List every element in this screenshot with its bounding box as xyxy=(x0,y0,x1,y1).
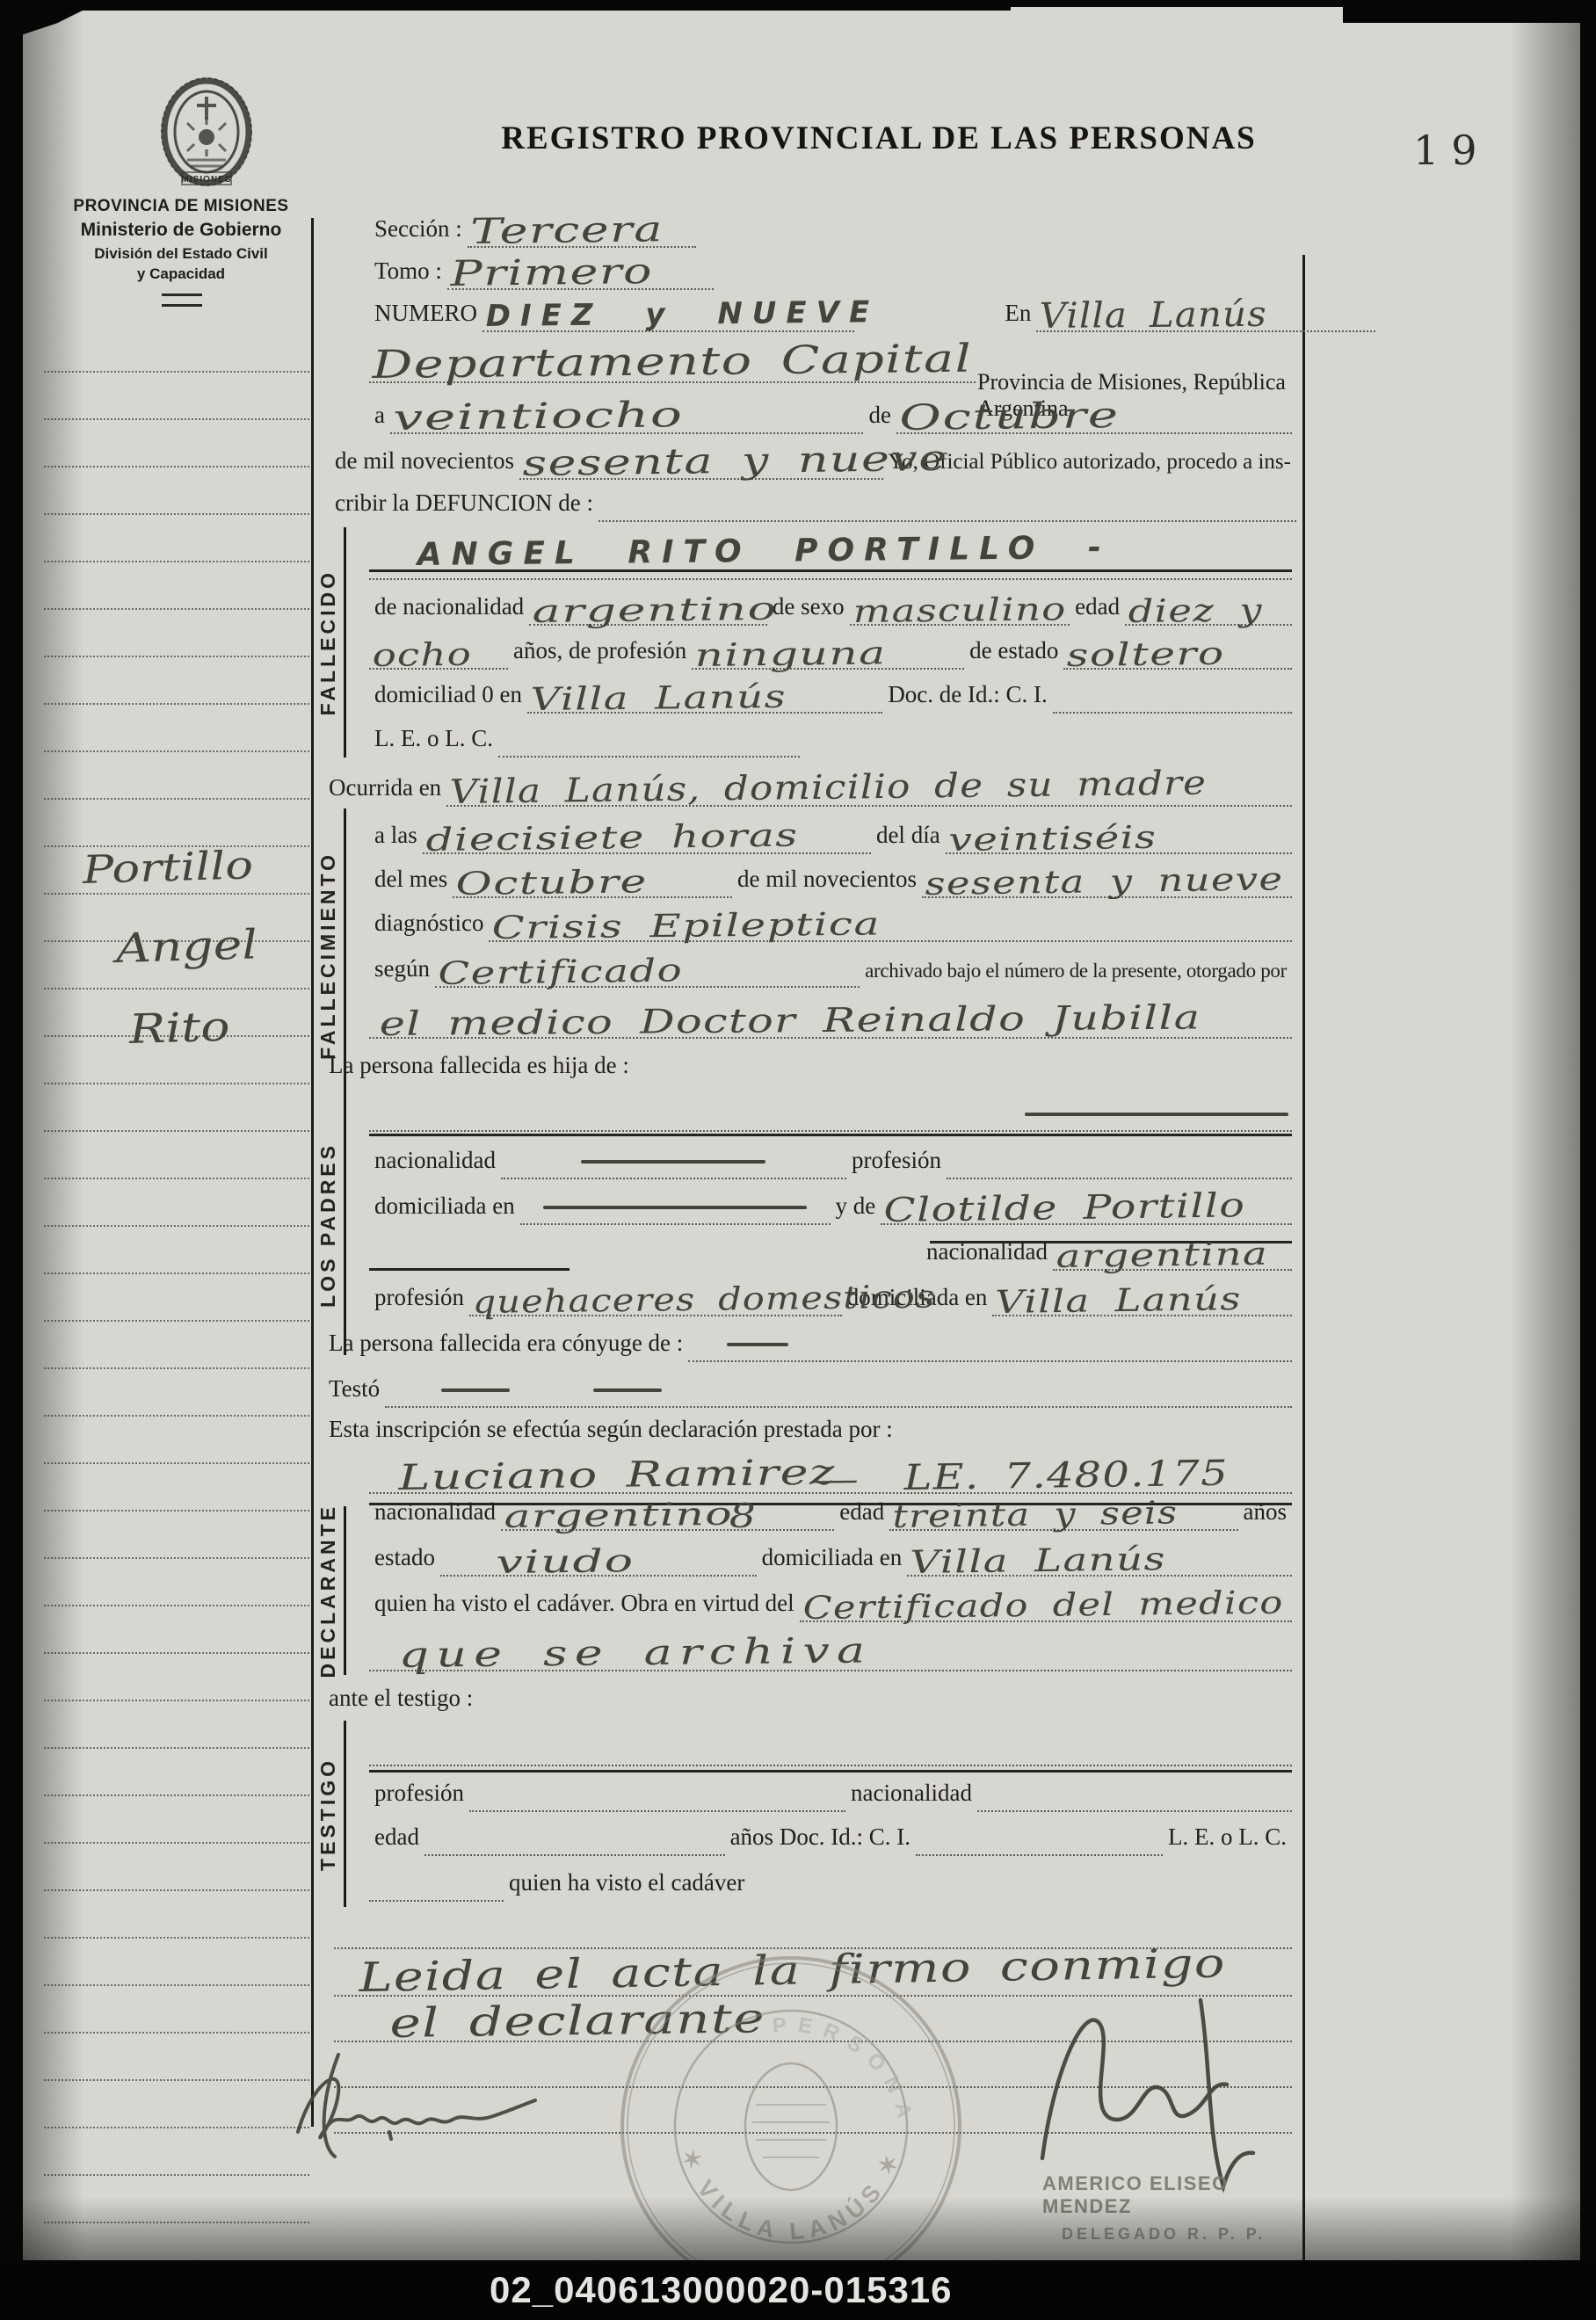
segun-label: según xyxy=(369,955,435,988)
departamento-value: Departamento Capital xyxy=(372,337,972,388)
fallecido-section-label: FALLECIDO xyxy=(313,527,343,758)
page-number: 19 xyxy=(1413,127,1490,174)
madre-entry-line: Clotilde Portillo xyxy=(881,1191,1292,1225)
estado-label: de estado xyxy=(964,637,1063,670)
field-padre-nombre xyxy=(369,1088,1292,1132)
mes-entry-line: Octubre xyxy=(453,866,732,898)
equals-mark xyxy=(162,294,202,307)
dotted-entry-line xyxy=(369,1900,504,1902)
declarante-nacionalidad-label: nacionalidad xyxy=(369,1498,501,1531)
field-segun: según Certificado archivado bajo el núme… xyxy=(369,940,1292,988)
nacionalidad-label: de nacionalidad xyxy=(369,593,529,626)
declarante-bracket xyxy=(344,1506,346,1675)
departamento-entry-line: Departamento Capital xyxy=(369,343,976,383)
ocurrida-entry-line: Villa Lanús, domicilio de su madre xyxy=(446,772,1292,807)
dia-entry-line: veintiocho xyxy=(390,398,863,434)
padre-domicilio-entry xyxy=(520,1206,831,1225)
page-title: REGISTRO PROVINCIAL DE LAS PERSONAS xyxy=(492,120,1266,157)
conyuge-entry-line xyxy=(688,1343,1292,1362)
medico-entry-line: el medico Doctor Reinaldo Jubilla xyxy=(369,1004,1292,1039)
sexo-label: de sexo xyxy=(767,593,850,626)
field-ante-testigo: ante el testigo : xyxy=(323,1677,851,1717)
field-madre-profesion: profesión quehaceres domesticos domicili… xyxy=(369,1271,1292,1316)
edad-entry-line: diez y xyxy=(1125,594,1292,626)
stamp-top-arc-text: PERSONAS xyxy=(603,1928,918,2130)
declarante-estado-label: estado xyxy=(369,1544,440,1577)
testigo-edad-label: edad xyxy=(369,1823,424,1856)
archive-id: 02_040613000020-015316 xyxy=(490,2269,953,2311)
field-fallecido-profesion: ocho años, de profesión ninguna de estad… xyxy=(369,624,1292,670)
virtud-value: Certificado del medico xyxy=(802,1585,1284,1627)
domicilio-label: domiciliad 0 en xyxy=(369,681,527,714)
testigo-nacionalidad-label: nacionalidad xyxy=(845,1780,977,1812)
testigo-doc-label: años Doc. Id.: C. I. xyxy=(725,1823,916,1856)
testigo-nombre-entry xyxy=(369,1765,1292,1766)
dia-label: del día xyxy=(871,822,946,854)
archiva-entry-line: que se archiva xyxy=(369,1635,1292,1671)
right-border-line xyxy=(1302,255,1305,2267)
sexo-entry-line: masculino xyxy=(850,594,1070,626)
madre-nacionalidad-label: nacionalidad xyxy=(921,1238,1053,1271)
declarant-signature xyxy=(286,2048,549,2162)
padre-nacionalidad-label: nacionalidad xyxy=(369,1147,501,1179)
provincial-crest-icon: MISIONES xyxy=(161,77,252,193)
de-label: de xyxy=(863,402,896,434)
division-name-2: y Capacidad xyxy=(53,265,309,283)
madre-nacionalidad-entry: argentina xyxy=(1053,1239,1292,1271)
pen-dash xyxy=(727,1343,788,1346)
segun-entry-line: Certificado xyxy=(435,956,860,988)
testigo-section-label: TESTIGO xyxy=(313,1721,343,1907)
field-archiva: que se archiva xyxy=(369,1622,1292,1671)
field-madre-nombre: domiciliada en y de Clotilde Portillo xyxy=(369,1179,1292,1225)
field-declarante-estado: estado viudo domiciliada en Villa Lanús xyxy=(369,1529,1292,1577)
madre-value: Clotilde Portillo xyxy=(883,1185,1245,1229)
edge-shadow xyxy=(1510,7,1580,2260)
conyuge-label: La persona fallecida era cónyuge de : xyxy=(323,1330,688,1362)
estado-entry-line: soltero xyxy=(1063,638,1292,670)
nacionalidad-entry-line: argentino xyxy=(529,594,767,626)
padres-bracket xyxy=(344,1095,346,1355)
declarante-domicilio-entry: Villa Lanús xyxy=(907,1545,1292,1577)
fallecido-bracket xyxy=(344,527,346,758)
madre-profesion-entry: quehaceres domesticos xyxy=(469,1285,842,1316)
virtud-entry-line: Certificado del medico xyxy=(800,1591,1292,1622)
pen-dash xyxy=(441,1388,510,1392)
edad-entry-line-2: ocho xyxy=(369,638,508,670)
cribir-label: cribir la DEFUNCION de : xyxy=(330,489,598,522)
pen-dash xyxy=(593,1388,662,1392)
field-libreta: L. E. o L. C. xyxy=(369,712,800,758)
testo-entry-line xyxy=(385,1388,1292,1408)
field-ocurrida: Ocurrida en Villa Lanús, domicilio de su… xyxy=(323,758,1292,807)
archivado-label: archivado bajo el número de la presente,… xyxy=(860,960,1292,988)
mes-entry-line: Octubre xyxy=(896,398,1292,434)
field-fecha-dia: a veintiocho de Octubre xyxy=(369,383,1292,434)
declarante-section-label: DECLARANTE xyxy=(313,1506,343,1675)
field-medico: el medico Doctor Reinaldo Jubilla xyxy=(369,988,1292,1039)
ocurrida-label: Ocurrida en xyxy=(323,774,446,807)
libreta-label: L. E. o L. C. xyxy=(369,725,498,758)
field-fallecido-domicilio: domiciliad 0 en Villa Lanús Doc. de Id.:… xyxy=(369,668,1292,714)
field-testigo-profesion: profesión nacionalidad xyxy=(369,1770,1292,1812)
padre-nacionalidad-entry xyxy=(501,1160,846,1179)
edad-label: edad xyxy=(1070,593,1125,626)
field-numero: NUMERO DIEZ y NUEVE En Villa Lanús xyxy=(369,283,1375,332)
field-conyuge: La persona fallecida era cónyuge de : xyxy=(323,1318,1292,1362)
mes-label: del mes xyxy=(369,866,453,898)
hora-label: a las xyxy=(369,822,423,854)
doc-id-entry-line xyxy=(1053,712,1292,714)
declarante-estado-entry: viudo xyxy=(440,1545,757,1577)
field-madre-nacionalidad: nacionalidad argentina xyxy=(369,1225,1292,1271)
padre-entry-line xyxy=(369,1113,1292,1132)
madre-profesion-value: quehaceres domesticos xyxy=(472,1280,935,1321)
medico-value: el medico Doctor Reinaldo Jubilla xyxy=(379,997,1201,1043)
field-nombre-fallecido: ANGEL RITO PORTILLO - xyxy=(369,518,1292,572)
declarante-domicilio-value: Villa Lanús xyxy=(910,1541,1166,1581)
padre-domicilio-label: domiciliada en xyxy=(369,1193,520,1225)
anio-label: de mil novecientos xyxy=(732,866,922,898)
declarante-domicilio-label: domiciliada en xyxy=(757,1544,908,1577)
lugar-entry-line: Villa Lanús xyxy=(1036,296,1375,332)
domicilio-entry-line: Villa Lanús xyxy=(527,682,882,714)
nombre-fallecido-value: ANGEL RITO PORTILLO - xyxy=(417,530,1112,573)
ocurrida-value: Villa Lanús, domicilio de su madre xyxy=(449,764,1207,811)
field-padre-nacionalidad: nacionalidad profesión xyxy=(369,1135,1292,1179)
field-declarante-nacionalidad: nacionalidad argentino 8 edad treinta y … xyxy=(369,1483,1292,1531)
declarante-edad-entry: treinta y seis xyxy=(889,1499,1237,1531)
scanned-death-certificate: MISIONES PROVINCIA DE MISIONES Ministeri… xyxy=(0,0,1596,2320)
ministry-name: Ministerio de Gobierno xyxy=(53,220,309,241)
field-declarante-virtud: quien ha visto el cadáver. Obra en virtu… xyxy=(369,1577,1292,1622)
doc-id-label: Doc. de Id.: C. I. xyxy=(882,681,1052,714)
testigo-bracket xyxy=(344,1721,346,1907)
margin-note-middlename: Rito xyxy=(128,1003,231,1053)
field-seccion: Sección : Tercera xyxy=(369,200,696,248)
diagnostico-label: diagnóstico xyxy=(369,910,489,942)
pen-dash xyxy=(581,1160,765,1164)
ministry-block: PROVINCIA DE MISIONES Ministerio de Gobi… xyxy=(53,197,309,283)
ante-label: ante el testigo : xyxy=(323,1685,478,1717)
declarante-edad-label: edad xyxy=(834,1498,889,1531)
official-signature xyxy=(1011,1986,1292,2197)
svg-text:PERSONAS: PERSONAS xyxy=(603,1928,918,2130)
field-testo: Testó xyxy=(323,1362,1292,1408)
province-name: PROVINCIA DE MISIONES xyxy=(53,197,309,216)
margin-note-firstname: Angel xyxy=(115,920,258,972)
testigo-libreta-label: L. E. o L. C. xyxy=(1163,1823,1292,1856)
a-label: a xyxy=(369,402,390,434)
field-mes: del mes Octubre de mil novecientos sesen… xyxy=(369,852,1292,898)
dia-entry-line: veintiséis xyxy=(946,823,1292,854)
right-scan-edge xyxy=(1580,0,1596,2320)
madre-profesion-label: profesión xyxy=(369,1284,469,1316)
testigo-quien-label: quien ha visto el cadáver xyxy=(504,1869,750,1902)
archiva-value: que se archiva xyxy=(398,1630,873,1676)
hija-label: La persona fallecida es hija de : xyxy=(323,1052,635,1084)
milnov-label: de mil novecientos xyxy=(330,447,519,480)
madre-domicilio-value: Villa Lanús xyxy=(996,1281,1243,1321)
testigo-profesion-label: profesión xyxy=(369,1780,469,1812)
lugar-value: Villa Lanús xyxy=(1040,294,1267,337)
profesion-entry-line: ninguna xyxy=(692,638,964,670)
declarante-estado-value: viudo xyxy=(496,1543,635,1581)
padre-profesion-label: profesión xyxy=(846,1147,947,1179)
anos-label: años xyxy=(1238,1498,1293,1531)
field-testigo-quien: quien ha visto el cadáver xyxy=(369,1856,1292,1902)
svg-text:MISIONES: MISIONES xyxy=(182,175,232,185)
division-name: División del Estado Civil xyxy=(53,245,309,263)
en-label: En xyxy=(999,300,1036,332)
profesion-label: años, de profesión xyxy=(508,637,692,670)
left-scan-edge xyxy=(0,0,23,2320)
field-diagnostico: diagnóstico Crisis Epileptica xyxy=(369,896,1292,942)
y-de-label: y de xyxy=(831,1193,881,1225)
diagnostico-entry-line: Crisis Epileptica xyxy=(489,910,1292,942)
pen-dash xyxy=(543,1206,807,1209)
quien-virtud-label: quien ha visto el cadáver. Obra en virtu… xyxy=(369,1590,800,1622)
field-testigo-edad: edad años Doc. Id.: C. I. L. E. o L. C. xyxy=(369,1812,1292,1856)
anio-entry-line: sesenta y nueve xyxy=(922,866,1292,898)
madre-domicilio-entry: Villa Lanús xyxy=(992,1285,1292,1316)
field-anio: de mil novecientos sesenta y nueve Yo, O… xyxy=(330,431,1296,480)
padres-section-label: LOS PADRES xyxy=(313,1095,343,1355)
field-fallecido-nacionalidad: de nacionalidad argentino de sexo mascul… xyxy=(369,580,1292,626)
top-scan-edge xyxy=(0,0,1011,11)
testo-label: Testó xyxy=(323,1375,385,1408)
field-cribir: cribir la DEFUNCION de : xyxy=(330,478,1296,522)
field-departamento: Departamento Capital xyxy=(369,327,976,383)
margin-note-surname: Portillo xyxy=(82,843,254,893)
anio-entry-line: sesenta y nueve xyxy=(519,444,883,480)
field-hija-de: La persona fallecida es hija de : xyxy=(323,1042,991,1084)
bottom-shadow xyxy=(23,2197,1580,2260)
binding-shadow xyxy=(23,7,84,2260)
declarante-nacionalidad-entry: argentino 8 xyxy=(501,1497,834,1531)
field-hora: a las diecisiete horas del día veintiséi… xyxy=(369,808,1292,854)
segun-value: Certificado xyxy=(438,953,683,992)
top-right-corner xyxy=(1343,0,1596,23)
hora-entry-line: diecisiete horas xyxy=(423,823,871,854)
pen-dash xyxy=(1025,1113,1288,1116)
field-testigo-nombre xyxy=(369,1721,1292,1766)
madre-nacionalidad-value: argentina xyxy=(1056,1236,1268,1275)
